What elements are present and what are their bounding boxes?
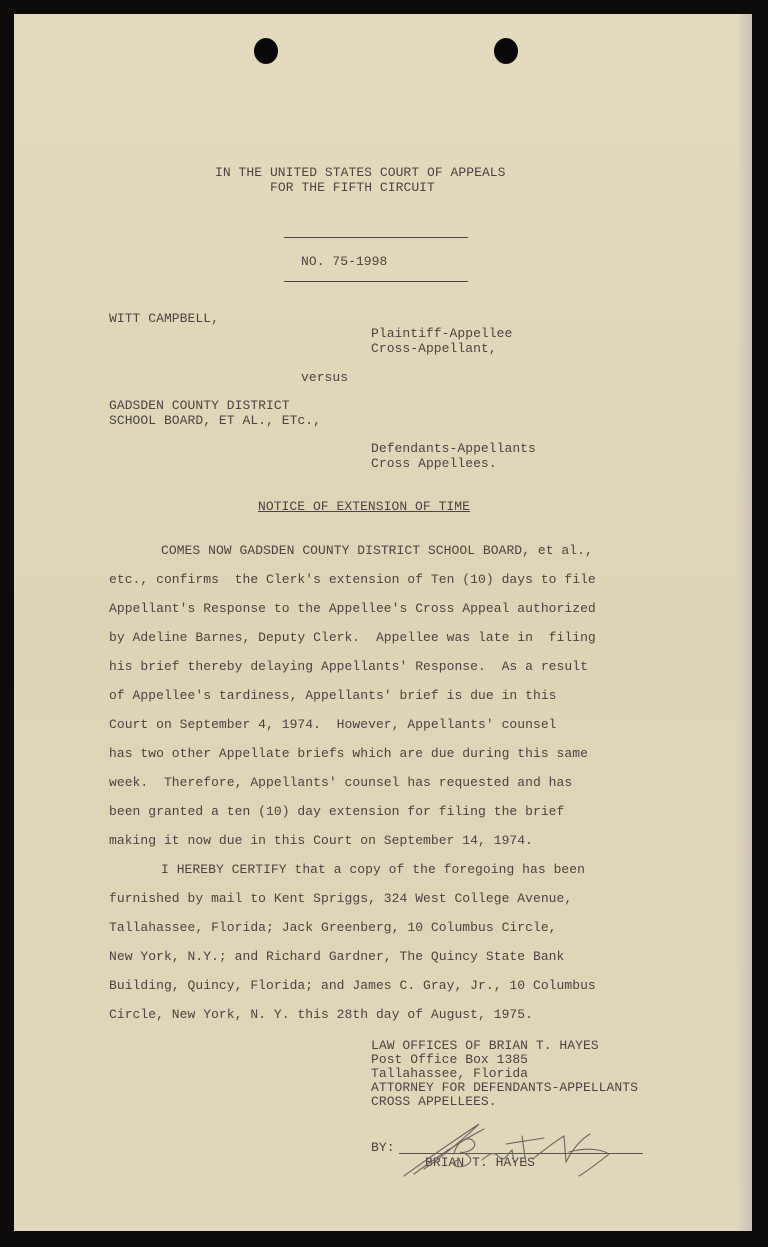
body-line: has two other Appellate briefs which are… [109, 746, 588, 761]
body-line: etc., confirms the Clerk's extension of … [109, 572, 596, 587]
handwritten-signature-icon [394, 1114, 634, 1184]
certificate-line: furnished by mail to Kent Spriggs, 324 W… [109, 891, 572, 906]
body-line: Appellant's Response to the Appellee's C… [109, 601, 596, 616]
defendant-role-1: Defendants-Appellants [371, 441, 536, 456]
document-page: IN THE UNITED STATES COURT OF APPEALS FO… [14, 14, 752, 1231]
body-line: week. Therefore, Appellants' counsel has… [109, 775, 572, 790]
plaintiff-role-1: Plaintiff-Appellee [371, 326, 512, 341]
certificate-line: Circle, New York, N. Y. this 28th day of… [109, 1007, 533, 1022]
defendant-name-2: SCHOOL BOARD, ET AL., ETc., [109, 413, 321, 428]
defendant-name-1: GADSDEN COUNTY DISTRICT [109, 398, 290, 413]
signature-block-line4: ATTORNEY FOR DEFENDANTS-APPELLANTS [371, 1080, 638, 1095]
body-line: his brief thereby delaying Appellants' R… [109, 659, 588, 674]
rule-above-case-number [284, 237, 468, 238]
versus-label: versus [301, 370, 348, 385]
certificate-line: Tallahassee, Florida; Jack Greenberg, 10… [109, 920, 557, 935]
body-line: making it now due in this Court on Septe… [109, 833, 533, 848]
plaintiff-name: WITT CAMPBELL, [109, 311, 219, 326]
body-line: COMES NOW GADSDEN COUNTY DISTRICT SCHOOL… [161, 543, 593, 558]
court-heading-line1: IN THE UNITED STATES COURT OF APPEALS [215, 165, 506, 180]
certificate-line: New York, N.Y.; and Richard Gardner, The… [109, 949, 564, 964]
signature-block-line3: Tallahassee, Florida [371, 1066, 528, 1081]
by-label: BY: [371, 1140, 395, 1155]
case-number: NO. 75-1998 [301, 254, 387, 269]
defendant-role-2: Cross Appellees. [371, 456, 497, 471]
body-line: of Appellee's tardiness, Appellants' bri… [109, 688, 557, 703]
plaintiff-role-2: Cross-Appellant, [371, 341, 497, 356]
page-edge-shadow [736, 14, 752, 1231]
signature-block-line2: Post Office Box 1385 [371, 1052, 528, 1067]
rule-below-case-number [284, 281, 468, 282]
punch-hole-right [494, 38, 518, 64]
body-line: Court on September 4, 1974. However, App… [109, 717, 557, 732]
certificate-line: I HEREBY CERTIFY that a copy of the fore… [161, 862, 585, 877]
body-line: by Adeline Barnes, Deputy Clerk. Appelle… [109, 630, 596, 645]
body-line: been granted a ten (10) day extension fo… [109, 804, 564, 819]
signature-block-line5: CROSS APPELLEES. [371, 1094, 497, 1109]
punch-hole-left [254, 38, 278, 64]
court-heading-line2: FOR THE FIFTH CIRCUIT [270, 180, 435, 195]
signature-block-line1: LAW OFFICES OF BRIAN T. HAYES [371, 1038, 599, 1053]
certificate-line: Building, Quincy, Florida; and James C. … [109, 978, 596, 993]
document-title: NOTICE OF EXTENSION OF TIME [258, 499, 470, 514]
